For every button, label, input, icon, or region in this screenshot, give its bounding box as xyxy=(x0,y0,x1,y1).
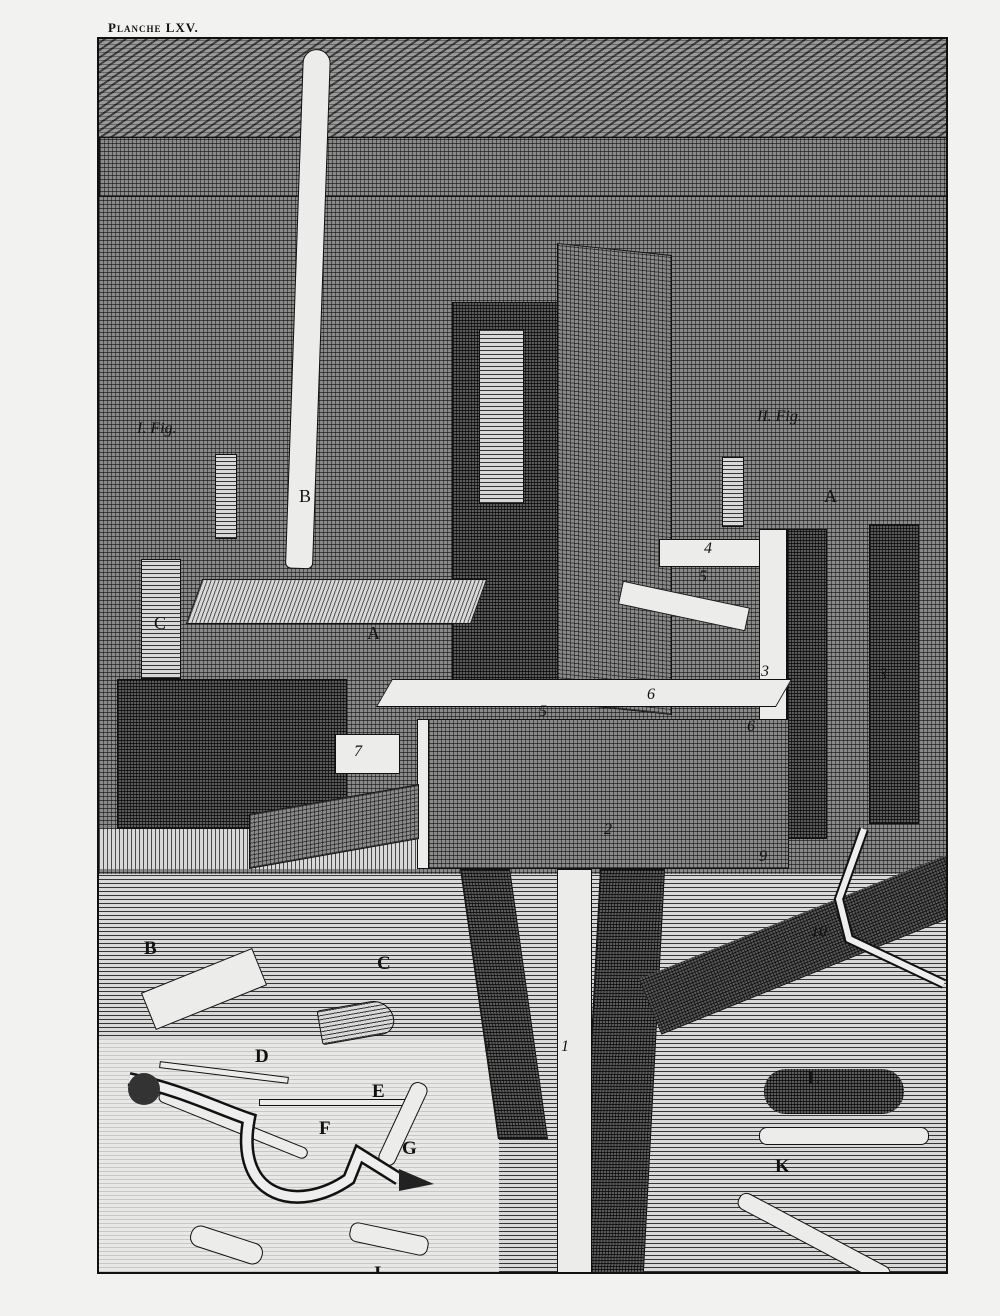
label-n5-rail: 5 xyxy=(539,704,547,720)
label-n1-left: 1 xyxy=(484,1039,492,1055)
label-n3-left: 3 xyxy=(761,664,769,680)
label-n7: 7 xyxy=(354,744,362,760)
label-n2: 2 xyxy=(604,822,612,838)
tool-label-D: D xyxy=(255,1047,269,1066)
label-n5-screw: 5 xyxy=(699,569,707,585)
tool-label-K: K xyxy=(775,1157,790,1176)
label-n4: 4 xyxy=(704,541,712,557)
label-n9: 9 xyxy=(759,849,767,865)
figure-2-label: II. Fig. xyxy=(757,409,802,425)
tool-label-G: G xyxy=(402,1139,417,1158)
label-press-A: A xyxy=(824,487,837,505)
tool-label-E: E xyxy=(372,1082,385,1101)
tool-label-F: F xyxy=(319,1119,331,1138)
tool-label-H: H xyxy=(194,1271,209,1274)
label-n6-low: 6 xyxy=(747,719,755,735)
tool-label-L: L xyxy=(807,1069,820,1088)
figure-1-label: I. Fig. xyxy=(137,421,177,437)
tool-label-B: B xyxy=(144,939,157,958)
engraved-plate: I. Fig. II. Fig. B A C A 4 5 3 3 6 6 5 7… xyxy=(97,37,948,1274)
tool-label-I: I xyxy=(374,1264,381,1274)
label-bench-A: A xyxy=(367,624,380,642)
label-bench-C: C xyxy=(154,614,166,632)
label-n3-right: 3 xyxy=(879,667,887,683)
tool-chisel-K1 xyxy=(759,1127,929,1145)
label-n10: 10 xyxy=(811,924,827,940)
plate-title: Planche LXV. xyxy=(108,20,199,36)
label-n1-right: 1 xyxy=(561,1039,569,1055)
label-n6-top: 6 xyxy=(647,687,655,703)
tool-rope-L xyxy=(764,1069,904,1114)
label-bench-B: B xyxy=(299,487,311,505)
tool-label-C: C xyxy=(377,954,391,973)
